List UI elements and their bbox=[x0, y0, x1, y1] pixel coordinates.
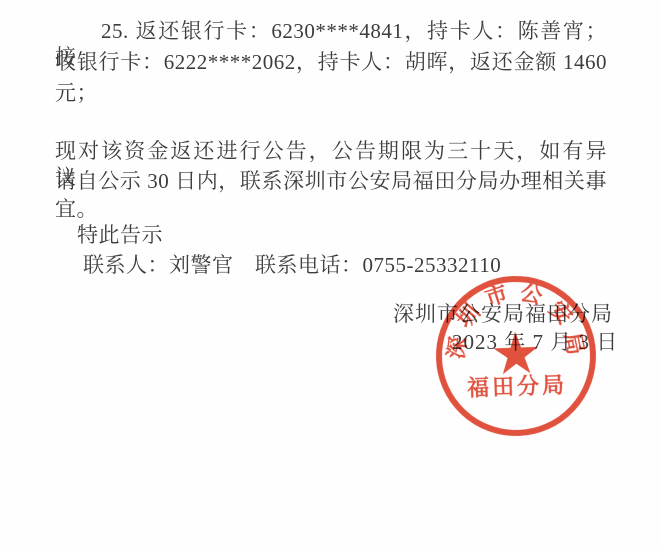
notice-document: 25. 返还银行卡：6230****4841，持卡人：陈善宵；接 收银行卡：62… bbox=[0, 0, 660, 551]
notice-closing: 特此告示 bbox=[77, 222, 163, 248]
notice-body-line-2: 请自公示 30 日内，联系深圳市公安局福田分局办理相关事 bbox=[55, 168, 607, 194]
notice-item-line-3: 元； bbox=[55, 80, 98, 106]
seal-arc-char: 局 bbox=[558, 328, 589, 359]
contact-line: 联系人：刘警官 联系电话：0755-25332110 bbox=[83, 252, 501, 278]
notice-body-line-3: 宜。 bbox=[55, 196, 98, 222]
seal-arc-char: 深 bbox=[443, 333, 472, 362]
official-seal: 深 圳 市 公 安 局 ★ 福田分局 bbox=[433, 273, 598, 438]
notice-item-line-2: 收银行卡：6222****2062，持卡人：胡晖，返还金额 1460 bbox=[55, 49, 607, 75]
seal-branch-text: 福田分局 bbox=[437, 367, 598, 404]
